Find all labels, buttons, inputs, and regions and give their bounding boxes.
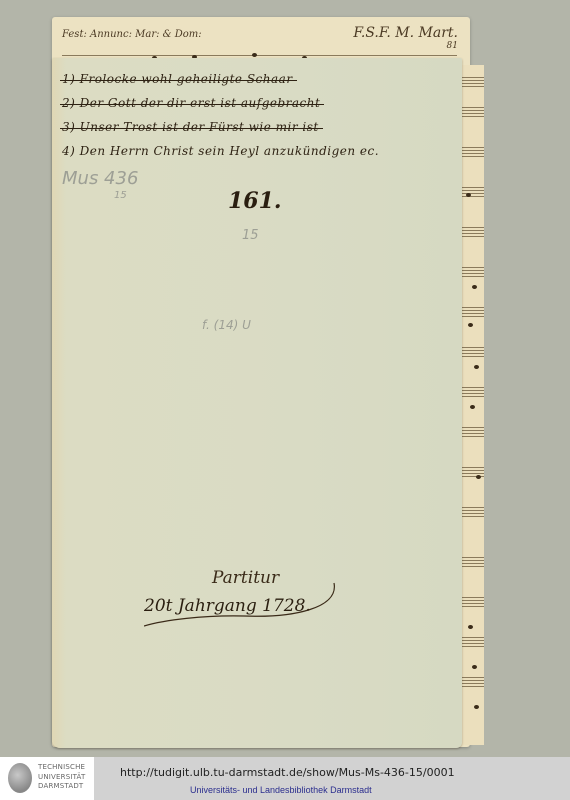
cantata-line-2: 2) Der Gott der dir erst ist aufgebracht bbox=[62, 96, 320, 110]
folio-note: f. (14) U bbox=[202, 318, 251, 332]
athena-head-icon bbox=[8, 763, 32, 793]
score-header-left: Fest: Annunc: Mar: & Dom: bbox=[62, 29, 202, 40]
title-page: 1) Frolocke wohl geheiligte Schaar 2) De… bbox=[52, 58, 462, 748]
cantata-line-4: 4) Den Herrn Christ sein Heyl anzukündig… bbox=[62, 144, 379, 158]
shelf-mark-sub: 15 bbox=[114, 190, 127, 201]
footer-bar: TECHNISCHE UNIVERSITÄT DARMSTADT http://… bbox=[0, 757, 570, 800]
pencil-number: 15 bbox=[242, 228, 259, 243]
cantata-line-3: 3) Unser Trost ist der Fürst wie mir ist bbox=[62, 120, 319, 134]
score-header-right: F.S.F. M. Mart. bbox=[353, 25, 458, 41]
shelf-mark: Mus 436 bbox=[62, 168, 138, 189]
manuscript-scan-viewer: Fest: Annunc: Mar: & Dom: F.S.F. M. Mart… bbox=[0, 0, 570, 757]
permalink-url[interactable]: http://tudigit.ulb.tu-darmstadt.de/show/… bbox=[120, 766, 455, 779]
score-page-number: 81 bbox=[447, 41, 458, 51]
tu-darmstadt-logo[interactable]: TECHNISCHE UNIVERSITÄT DARMSTADT bbox=[0, 757, 94, 800]
cantata-line-1: 1) Frolocke wohl geheiligte Schaar bbox=[62, 72, 293, 86]
logo-text: TECHNISCHE UNIVERSITÄT DARMSTADT bbox=[38, 763, 85, 792]
score-right-edge bbox=[462, 65, 484, 745]
library-link[interactable]: Universitäts- und Landesbibliothek Darms… bbox=[190, 785, 372, 795]
ink-catalog-number: 161. bbox=[228, 188, 282, 214]
flourish-decoration bbox=[144, 578, 344, 628]
